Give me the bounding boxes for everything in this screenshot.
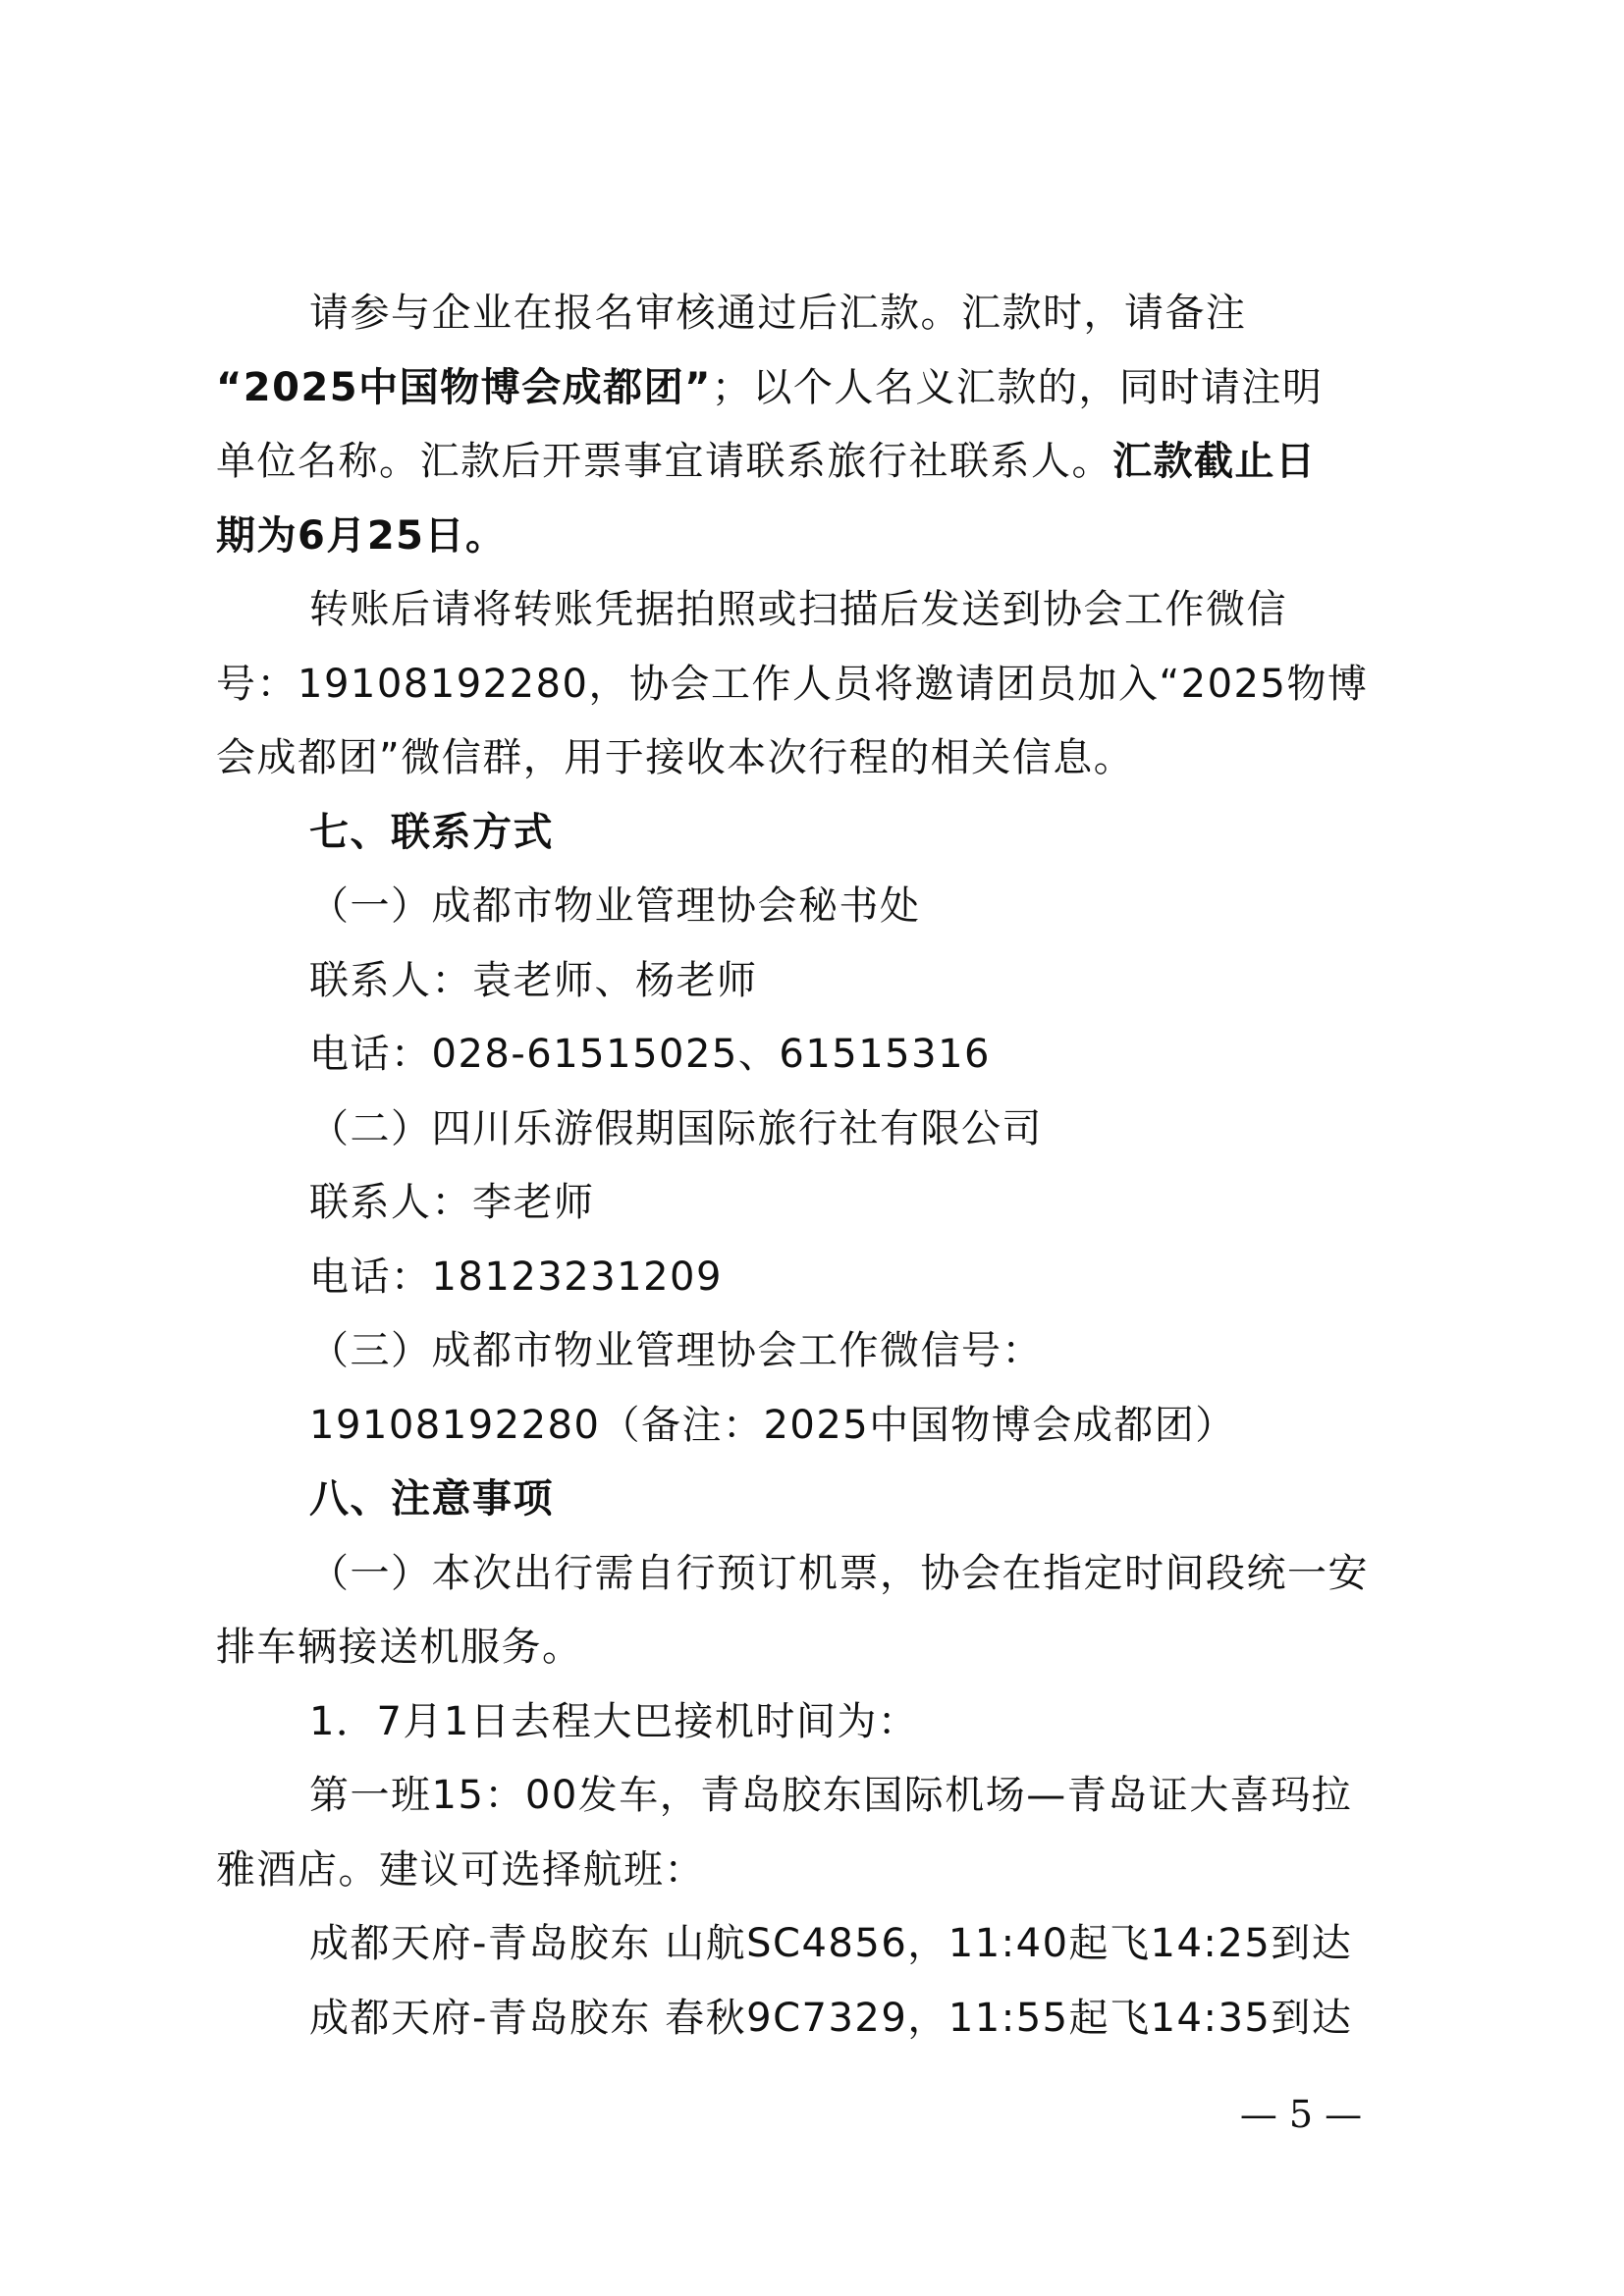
paragraph-line: 成都天府-青岛胶东 山航SC4856，11:40起飞14:25到达 [216,1907,1416,1982]
bold-text: 汇款截止日 [1112,439,1317,484]
text-run: 号：19108192280，协会工作人员将邀请团员加入“2025物博 [216,662,1368,707]
paragraph-line: “2025中国物博会成都团”；以个人名义汇款的，同时请注明 [216,351,1416,426]
paragraph-line: 转账后请将转账凭据拍照或扫描后发送到协会工作微信 [216,573,1416,648]
paragraph-line: 电话：18123231209 [216,1241,1416,1315]
document-body: 请参与企业在报名审核通过后汇款。汇款时，请备注“2025中国物博会成都团”；以个… [216,277,1416,2056]
bold-text: 八、注意事项 [309,1476,554,1522]
text-run: 请参与企业在报名审核通过后汇款。汇款时，请备注 [309,291,1247,336]
text-run: 19108192280（备注：2025中国物博会成都团） [309,1403,1236,1448]
paragraph-line: 联系人：袁老师、杨老师 [216,944,1416,1019]
paragraph-line: （二）四川乐游假期国际旅行社有限公司 [216,1093,1416,1167]
text-run: 单位名称。汇款后开票事宜请联系旅行社联系人。 [216,439,1112,484]
text-run: 1．7月1日去程大巴接机时间为： [309,1699,918,1744]
paragraph-line: （一）本次出行需自行预订机票，协会在指定时间段统一安 [216,1537,1416,1612]
text-run: ；以个人名义汇款的，同时请注明 [712,365,1324,410]
text-run: 排车辆接送机服务。 [216,1625,583,1670]
paragraph-line: 期为6月25日。 [216,500,1416,574]
section-heading: 八、注意事项 [216,1463,1416,1537]
text-run: 联系人：袁老师、杨老师 [309,958,758,1003]
document-page: 请参与企业在报名审核通过后汇款。汇款时，请备注“2025中国物博会成都团”；以个… [0,0,1624,2296]
text-run: 成都天府-青岛胶东 春秋9C7329，11:55起飞14:35到达 [309,1996,1352,2041]
text-run: 转账后请将转账凭据拍照或扫描后发送到协会工作微信 [309,587,1287,632]
paragraph-line: 成都天府-青岛胶东 春秋9C7329，11:55起飞14:35到达 [216,1982,1416,2056]
text-run: （一）本次出行需自行预订机票，协会在指定时间段统一安 [309,1551,1369,1596]
paragraph-line: （三）成都市物业管理协会工作微信号： [216,1314,1416,1389]
page-number: — 5 — [1227,2093,1375,2136]
text-run: 电话：028-61515025、61515316 [309,1032,991,1077]
paragraph-line: 会成都团”微信群，用于接收本次行程的相关信息。 [216,721,1416,796]
paragraph-line: 1．7月1日去程大巴接机时间为： [216,1685,1416,1760]
text-run: 会成都团”微信群，用于接收本次行程的相关信息。 [216,735,1134,780]
paragraph-line: （一）成都市物业管理协会秘书处 [216,870,1416,944]
text-run: 第一班15：00发车，青岛胶东国际机场—青岛证大喜玛拉 [309,1773,1352,1818]
bold-text: “2025中国物博会成都团” [216,365,712,410]
paragraph-line: 电话：028-61515025、61515316 [216,1018,1416,1093]
paragraph-line: 请参与企业在报名审核通过后汇款。汇款时，请备注 [216,277,1416,351]
bold-text: 七、联系方式 [309,810,554,855]
paragraph-line: 单位名称。汇款后开票事宜请联系旅行社联系人。汇款截止日 [216,425,1416,500]
section-heading: 七、联系方式 [216,796,1416,871]
paragraph-line: 排车辆接送机服务。 [216,1611,1416,1685]
text-run: 电话：18123231209 [309,1255,723,1300]
paragraph-line: 雅酒店。建议可选择航班： [216,1834,1416,1908]
text-run: 成都天府-青岛胶东 山航SC4856，11:40起飞14:25到达 [309,1921,1352,1966]
paragraph-line: 号：19108192280，协会工作人员将邀请团员加入“2025物博 [216,648,1416,722]
text-run: 雅酒店。建议可选择航班： [216,1847,705,1893]
paragraph-line: 联系人：李老师 [216,1166,1416,1241]
text-run: 联系人：李老师 [309,1180,595,1225]
text-run: （三）成都市物业管理协会工作微信号： [309,1328,1043,1373]
paragraph-line: 19108192280（备注：2025中国物博会成都团） [216,1389,1416,1464]
bold-text: 期为6月25日。 [216,513,507,559]
paragraph-line: 第一班15：00发车，青岛胶东国际机场—青岛证大喜玛拉 [216,1759,1416,1834]
text-run: （二）四川乐游假期国际旅行社有限公司 [309,1106,1043,1151]
text-run: （一）成都市物业管理协会秘书处 [309,883,921,929]
